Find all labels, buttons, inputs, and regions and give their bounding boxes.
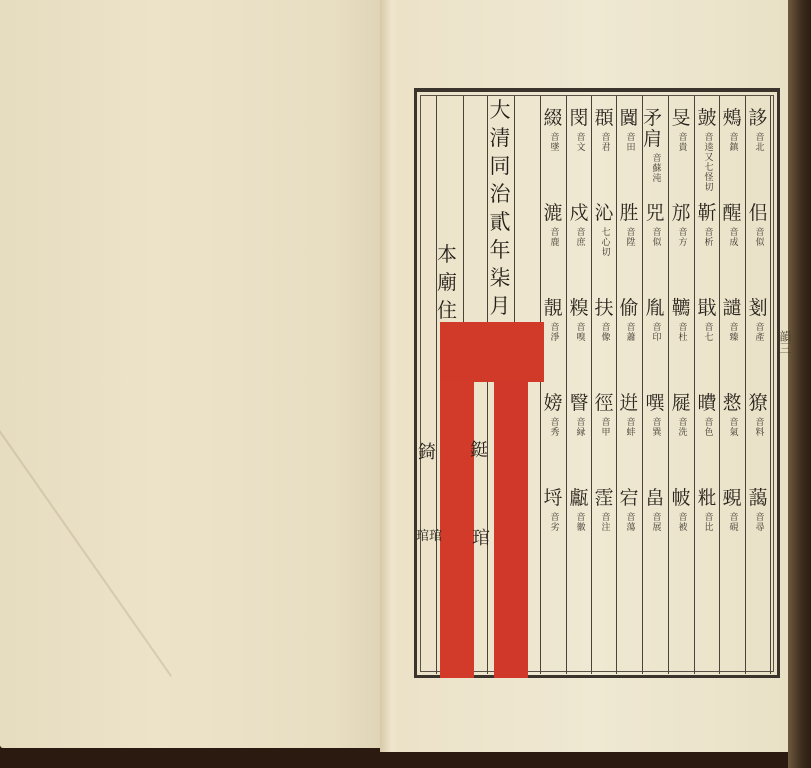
vertical-char: 柒 xyxy=(490,264,511,292)
gloss: 音像 xyxy=(598,322,609,342)
gloss: 音似 xyxy=(649,227,660,247)
column-rule xyxy=(436,96,437,674)
headword: 醒 xyxy=(722,203,741,224)
gloss: 音比 xyxy=(701,512,712,532)
vertical-char: 廟 xyxy=(437,268,457,296)
glossary-column: 閔音文 戍音庶 糗音嗅 瞖音縁 甗音徽 xyxy=(567,108,591,583)
date-line: 大清同治貳年柒月 xyxy=(487,96,513,320)
headword: 宕 xyxy=(619,488,638,509)
headword: 鵊 xyxy=(722,108,741,129)
vertical-char: 住 xyxy=(437,296,457,324)
vertical-char: 月 xyxy=(490,292,511,320)
gloss: 音成 xyxy=(726,227,737,247)
headword: 逬 xyxy=(619,393,638,414)
gloss: 音注 xyxy=(598,512,609,532)
gloss: 音似 xyxy=(752,227,763,247)
note-char: 鋌 xyxy=(470,436,488,462)
gloss: 音料 xyxy=(752,417,763,437)
headword: 扶 xyxy=(594,298,613,319)
gloss: 音臻 xyxy=(726,322,737,342)
gloss: 音方 xyxy=(675,227,686,247)
gloss: 音庶 xyxy=(573,227,584,247)
gloss: 音嗅 xyxy=(573,322,584,342)
headword: 屣 xyxy=(671,393,690,414)
gloss: 音逵又七怪切 xyxy=(701,132,712,192)
headword: 胜 xyxy=(619,203,638,224)
gloss: 音洗 xyxy=(675,417,686,437)
headword: 剗 xyxy=(748,298,767,319)
open-book: 誃音北 佀音似 剗音產 獠音料 藹音尋 鵊音鎮 醒音成 譴音臻 慦音氣 覡音硯 … xyxy=(0,0,811,745)
headword: 糗 xyxy=(569,298,588,319)
note-char: 錡 xyxy=(418,438,436,464)
headword: 靚 xyxy=(543,298,562,319)
headword: 粃 xyxy=(697,488,716,509)
headword: 韀 xyxy=(671,298,690,319)
headword: 皷 xyxy=(697,108,716,129)
red-stamp-top xyxy=(440,322,544,382)
gloss: 音陞 xyxy=(623,227,634,247)
glossary-column: 綴音墜 漉音鹿 靚音淨 嫎音秀 埒音劣 xyxy=(541,108,565,583)
headword: 瞖 xyxy=(569,393,588,414)
gloss: 音文 xyxy=(573,132,584,152)
gloss: 音蕩 xyxy=(623,512,634,532)
headword: 佀 xyxy=(748,203,767,224)
headword: 帔 xyxy=(671,488,690,509)
vertical-char: 治 xyxy=(490,180,511,208)
gloss: 音七 xyxy=(701,322,712,342)
headword: 嫎 xyxy=(543,393,562,414)
vertical-char: 貳 xyxy=(490,208,511,236)
gloss: 音印 xyxy=(649,322,660,342)
gloss: 音巽 xyxy=(649,417,660,437)
headword: 頵 xyxy=(594,108,613,129)
gloss: 音墜 xyxy=(547,132,558,152)
headword: 獠 xyxy=(748,393,767,414)
gloss: 音縁 xyxy=(573,417,584,437)
headword: 慦 xyxy=(722,393,741,414)
gloss: 音鹿 xyxy=(547,227,558,247)
glossary-column: 頵音君 沁七心切 扶音像 徑音甲 霔音注 xyxy=(592,108,616,583)
gloss: 音析 xyxy=(701,227,712,247)
gloss: 音北 xyxy=(752,132,763,152)
gloss: 音尋 xyxy=(752,512,763,532)
headword: 覡 xyxy=(722,488,741,509)
gloss: 音展 xyxy=(649,512,660,532)
gloss: 音鎮 xyxy=(726,132,737,152)
gloss: 音產 xyxy=(752,322,763,342)
headword: 胤 xyxy=(645,298,664,319)
glossary-column: 鵊音鎮 醒音成 譴音臻 慦音氣 覡音硯 xyxy=(720,108,744,583)
headword: 邡 xyxy=(671,203,690,224)
headword: 霔 xyxy=(594,488,613,509)
gloss: 音硯 xyxy=(726,512,737,532)
gloss: 音劣 xyxy=(547,512,558,532)
note-char: 琯 xyxy=(472,524,490,550)
headword: 畠 xyxy=(645,488,664,509)
gloss: 音秀 xyxy=(547,417,558,437)
gloss: 音徽 xyxy=(573,512,584,532)
headword: 譴 xyxy=(722,298,741,319)
glossary-column: 矛肩音蘇沌 兕音似 胤音印 噀音巽 畠音展 xyxy=(643,108,667,583)
headword: 兕 xyxy=(645,203,664,224)
paper-crease xyxy=(0,430,172,677)
book-spine xyxy=(788,0,811,768)
left-page-blank xyxy=(0,0,392,748)
gloss: 七心切 xyxy=(598,227,609,257)
headword: 矛肩 xyxy=(643,108,667,150)
glossary-column: 誃音北 佀音似 剗音產 獠音料 藹音尋 xyxy=(746,108,770,583)
headword: 誃 xyxy=(748,108,767,129)
headword: 綴 xyxy=(543,108,562,129)
vertical-char: 年 xyxy=(490,236,511,264)
note-char: 琯琯 xyxy=(416,525,442,544)
glossary-column: 旻音貴 邡音方 韀音杜 屣音洗 帔音被 xyxy=(669,108,693,583)
gloss: 音蘇沌 xyxy=(650,153,661,183)
gloss: 音君 xyxy=(598,132,609,152)
headword: 甗 xyxy=(569,488,588,509)
headword: 噀 xyxy=(645,393,664,414)
gloss: 音氣 xyxy=(726,417,737,437)
margin-label: 韻三 xyxy=(777,330,794,354)
headword: 旻 xyxy=(671,108,690,129)
headword: 曊 xyxy=(697,393,716,414)
temple-line: 本廟住 xyxy=(437,240,457,324)
gloss: 音蕭 xyxy=(623,322,634,342)
gloss: 音淨 xyxy=(547,322,558,342)
headword: 徑 xyxy=(594,393,613,414)
column-rule xyxy=(770,96,771,674)
gloss: 音色 xyxy=(701,417,712,437)
headword: 戍 xyxy=(569,203,588,224)
headword: 偷 xyxy=(619,298,638,319)
gloss: 音田 xyxy=(623,132,634,152)
headword: 戢 xyxy=(697,298,716,319)
headword: 靳 xyxy=(697,203,716,224)
glossary-column: 闐音田 胜音陞 偷音蕭 逬音蚌 宕音蕩 xyxy=(617,108,641,583)
gloss: 音甲 xyxy=(598,417,609,437)
headword: 閔 xyxy=(569,108,588,129)
headword: 闐 xyxy=(619,108,638,129)
headword: 沁 xyxy=(594,203,613,224)
headword: 漉 xyxy=(543,203,562,224)
vertical-char: 大 xyxy=(490,96,511,124)
headword: 埒 xyxy=(543,488,562,509)
vertical-char: 清 xyxy=(490,124,511,152)
gloss: 音杜 xyxy=(675,322,686,342)
gloss: 音蚌 xyxy=(623,417,634,437)
vertical-char: 本 xyxy=(437,240,457,268)
gloss: 音貴 xyxy=(675,132,686,152)
headword: 藹 xyxy=(748,488,767,509)
glossary-column: 皷音逵又七怪切 靳音析 戢音七 曊音色 粃音比 xyxy=(695,108,719,583)
gloss: 音被 xyxy=(675,512,686,532)
vertical-char: 同 xyxy=(490,152,511,180)
